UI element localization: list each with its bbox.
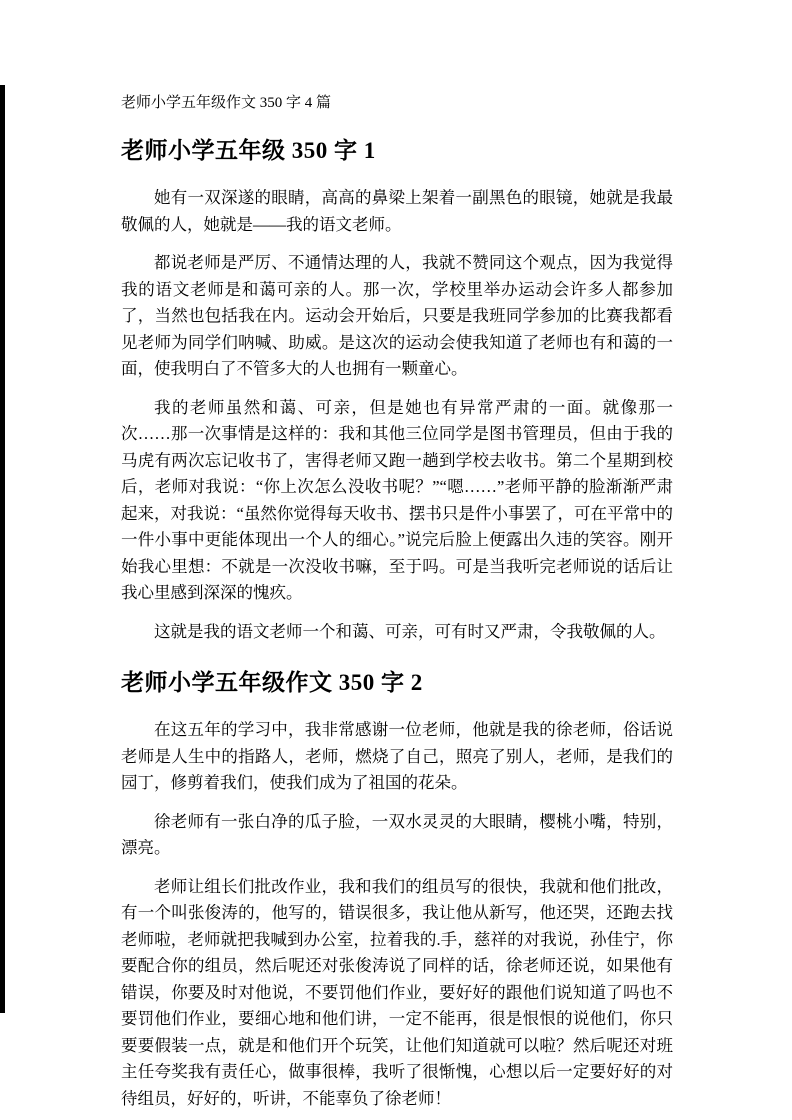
section-1-heading: 老师小学五年级 350 字 1 <box>121 136 673 166</box>
section-1-paragraph-3: 我的老师虽然和蔼、可亲，但是她也有异常严肃的一面。就像那一次……那一次事情是这样… <box>121 395 673 607</box>
section-1-paragraph-1: 她有一双深遂的眼睛，高高的鼻梁上架着一副黑色的眼镜，她就是我最敬佩的人，她就是―… <box>121 185 673 238</box>
document-subtitle: 老师小学五年级作文 350 字 4 篇 <box>121 93 673 113</box>
section-2-paragraph-2: 徐老师有一张白净的瓜子脸，一双水灵灵的大眼睛，樱桃小嘴，特别，漂亮。 <box>121 809 673 862</box>
document-page: 老师小学五年级作文 350 字 4 篇 老师小学五年级 350 字 1 她有一双… <box>0 0 792 1120</box>
section-1-paragraph-2: 都说老师是严厉、不通情达理的人，我就不赞同这个观点，因为我觉得我的语文老师是和蔼… <box>121 250 673 383</box>
section-1-paragraph-4: 这就是我的语文老师一个和蔼、可亲，可有时又严肃，令我敬佩的人。 <box>121 619 673 646</box>
section-2-paragraph-3: 老师让组长们批改作业，我和我们的组员写的很快，我就和他们批改，有一个叫张俊涛的，… <box>121 874 673 1113</box>
left-edge-scan-bar <box>0 85 5 1013</box>
document-content: 老师小学五年级作文 350 字 4 篇 老师小学五年级 350 字 1 她有一双… <box>121 93 673 1120</box>
section-2-heading: 老师小学五年级作文 350 字 2 <box>121 668 673 698</box>
section-2-paragraph-1: 在这五年的学习中，我非常感谢一位老师，他就是我的徐老师，俗话说老师是人生中的指路… <box>121 717 673 797</box>
